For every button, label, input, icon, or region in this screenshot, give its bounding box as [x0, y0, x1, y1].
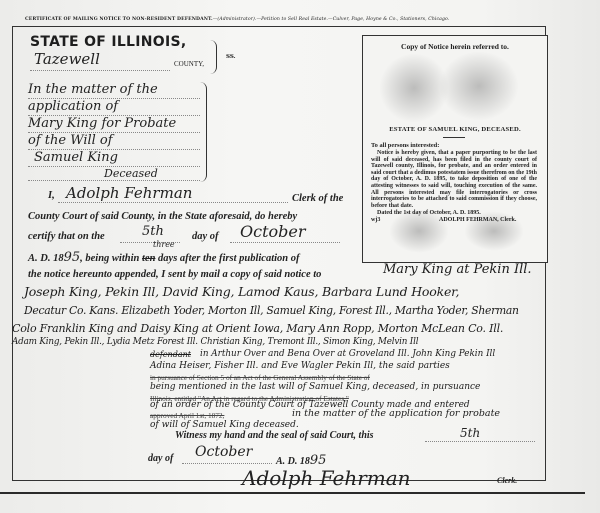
clerk-name-rule	[58, 202, 288, 203]
county-underline	[30, 70, 170, 71]
state-heading: STATE OF ILLINOIS,	[30, 34, 187, 50]
ad-prefix-text: A. D. 18	[28, 253, 64, 264]
witness-day-of: day of	[148, 453, 173, 464]
continuation-line-2: Adina Heiser, Fisher Ill. and Eve Wagler…	[150, 361, 450, 371]
clerk-signature: Adolph Fehrman	[242, 466, 411, 490]
page-edge	[0, 492, 585, 494]
county-label: COUNTY,	[174, 60, 204, 68]
continuation-line-6: of will of Samuel King deceased.	[150, 420, 299, 430]
days-struck: ten	[142, 253, 155, 264]
continuation-line-5: in the matter of the application for pro…	[292, 408, 500, 419]
notice-body: Notice is hereby given, that a paper pur…	[371, 150, 537, 209]
after-publication-text: days after the first publication of	[158, 253, 299, 264]
matter-rule	[28, 149, 200, 150]
month-rule	[230, 242, 340, 243]
notice-clipping: Copy of Notice herein referred to. ESTAT…	[362, 35, 548, 263]
clerk-name: Adolph Fehrman	[66, 184, 192, 202]
matter-rule	[28, 115, 200, 116]
notice-title: Copy of Notice herein referred to.	[369, 42, 541, 51]
witness-month: October	[195, 444, 252, 460]
continuation-line-3: being mentioned in the last will of Samu…	[150, 382, 480, 392]
matter-rule	[28, 98, 200, 99]
notice-appended-text: the notice hereunto appended, I sent by …	[28, 269, 321, 280]
matter-rule	[28, 166, 200, 167]
form-subtitle: —(Administrator).—Petition to Sell Real …	[213, 17, 328, 22]
defendant-struck: defendant	[150, 350, 191, 359]
form-printer: —Culver, Page, Hoyne & Co., Stationers, …	[328, 17, 449, 22]
recipient-line-5: Adam King, Pekin Ill., Lydia Metz Forest…	[12, 337, 418, 347]
matter-bracket	[200, 82, 207, 182]
paste-stain	[439, 51, 519, 121]
year-value: 95	[64, 250, 81, 265]
day-of-label: day of	[192, 231, 219, 242]
notice-dated: Dated the 1st day of October, A. D. 1895…	[377, 210, 537, 217]
clerk-of-the: Clerk of the	[292, 193, 343, 204]
days-inserted: three	[153, 240, 175, 249]
form-header: CERTIFICATE OF MAILING NOTICE TO NON-RES…	[25, 17, 545, 22]
within-text: , being within	[80, 253, 139, 264]
matter-line-3: Mary King for Probate	[28, 116, 176, 131]
matter-line-5: Samuel King	[34, 150, 118, 165]
struck-print-line-1: in pursuance of Section 5 of an Act of t…	[150, 373, 370, 382]
witness-month-rule	[182, 463, 272, 464]
form-title: CERTIFICATE OF MAILING NOTICE TO NON-RES…	[25, 17, 213, 22]
county-court-line: County Court of said County, in the Stat…	[28, 211, 297, 222]
notice-salutation: To all persons interested:	[371, 142, 439, 149]
recipient-line-1: Mary King at Pekin Ill.	[383, 262, 532, 277]
county-name: Tazewell	[34, 50, 100, 68]
matter-line-2: application of	[28, 99, 118, 114]
struck-print-line-3: approved April 1st, 1872,	[150, 411, 224, 420]
matter-line-6: Deceased	[104, 167, 158, 180]
matter-line-1: In the matter of the	[28, 82, 158, 97]
matter-rule	[28, 132, 200, 133]
continuation-line-1: in Arthur Over and Bena Over at Grovelan…	[200, 349, 495, 359]
matter-line-4: of the Will of	[28, 133, 113, 148]
recipient-line-4: Colo Franklin King and Daisy King at Ori…	[12, 322, 503, 335]
day-value: 5th	[142, 224, 164, 239]
certify-prefix: certify that on the	[28, 231, 105, 242]
witness-day: 5th	[460, 426, 480, 440]
witness-day-rule	[425, 441, 535, 442]
month-value: October	[240, 222, 306, 241]
notice-initials: wj3	[371, 217, 380, 224]
clerk-label: Clerk.	[497, 476, 517, 485]
recipient-line-3: Decatur Co. Kans. Elizabeth Yoder, Morto…	[24, 304, 519, 317]
notice-content: Copy of Notice herein referred to. ESTAT…	[369, 41, 541, 257]
notice-divider	[443, 137, 465, 138]
clerk-intro: I,	[48, 190, 55, 201]
ss-bracket	[210, 40, 217, 74]
ss-label: SS.	[226, 54, 236, 60]
witness-text: Witness my hand and the seal of said Cou…	[175, 430, 374, 441]
notice-heading: ESTATE OF SAMUEL KING, DECEASED.	[369, 126, 541, 133]
recipient-line-2: Joseph King, Pekin Ill, David King, Lamo…	[24, 284, 459, 299]
notice-signer: ADOLPH FEHRMAN, Clerk.	[439, 217, 516, 224]
ad-prefix: A. D. 1895, being within ten days after …	[28, 250, 300, 265]
matter-rule	[28, 180, 200, 181]
